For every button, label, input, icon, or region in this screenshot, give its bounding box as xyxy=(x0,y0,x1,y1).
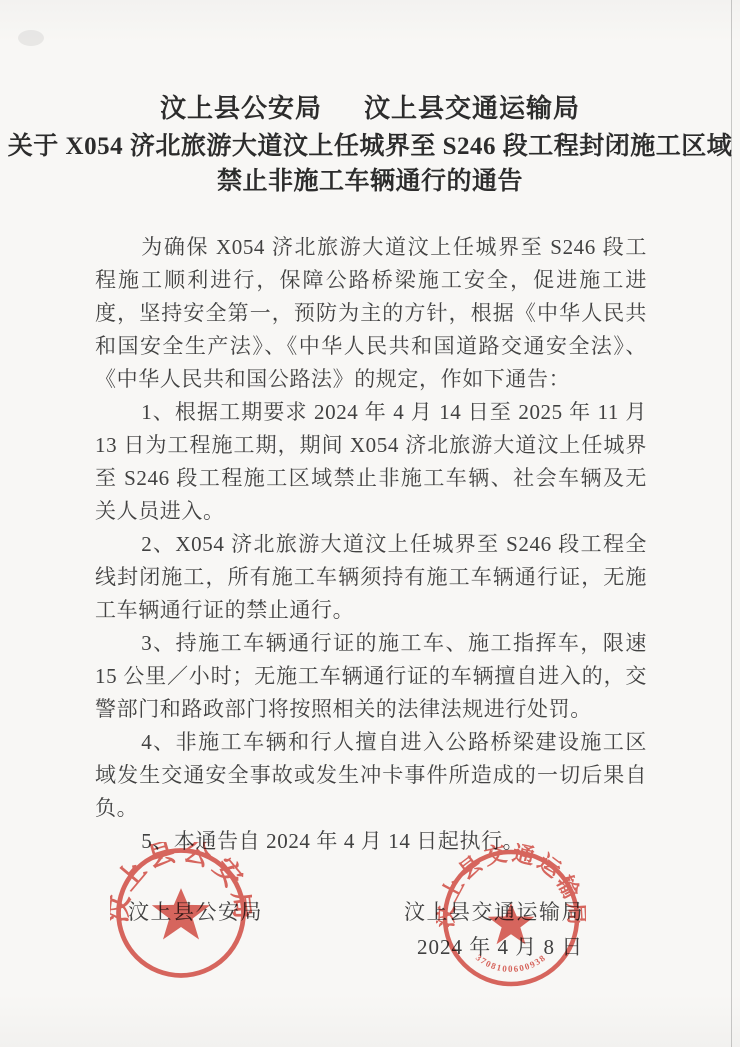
star-icon xyxy=(152,888,210,939)
notice-title-line2: 禁止非施工车辆通行的通告 xyxy=(0,164,740,199)
document-header: 汶上县公安局 汶上县交通运输局 关于 X054 济北旅游大道汶上任城界至 S24… xyxy=(0,94,740,199)
paragraph-intro: 为确保 X054 济北旅游大道汶上任城界至 S246 段工程施工顺利进行，保障公… xyxy=(95,231,647,396)
notice-body: 为确保 X054 济北旅游大道汶上任城界至 S246 段工程施工顺利进行，保障公… xyxy=(95,231,647,858)
notice-title-line1: 关于 X054 济北旅游大道汶上任城界至 S246 段工程封闭施工区域 xyxy=(0,129,740,164)
paragraph-item-3: 3、持施工车辆通行证的施工车、施工指挥车，限速 15 公里／小时；无施工车辆通行… xyxy=(95,627,647,726)
seal-code-text: 3708100600938 xyxy=(474,952,548,974)
paragraph-item-4: 4、非施工车辆和行人擅自进入公路桥梁建设施工区域发生交通安全事故或发生冲卡事件所… xyxy=(95,726,647,825)
issuer-line: 汶上县公安局 汶上县交通运输局 xyxy=(0,94,740,124)
scan-smudge xyxy=(18,30,44,46)
transport-official-seal-stamp: 汶上县交通运输局 3708100600938 xyxy=(436,843,586,993)
star-icon xyxy=(488,903,535,944)
paragraph-item-1: 1、根据工期要求 2024 年 4 月 14 日至 2025 年 11 月 13… xyxy=(95,396,647,528)
issuer-right: 汶上县交通运输局 xyxy=(364,94,580,124)
paragraph-item-2: 2、X054 济北旅游大道汶上任城界至 S246 段工程全线封闭施工，所有施工车… xyxy=(95,528,647,627)
notice-document: 汶上县公安局 汶上县交通运输局 关于 X054 济北旅游大道汶上任城界至 S24… xyxy=(0,0,740,1047)
police-official-seal-stamp: 汶上县公安局 xyxy=(110,842,252,984)
issuer-left: 汶上县公安局 xyxy=(160,94,322,124)
notice-title: 关于 X054 济北旅游大道汶上任城界至 S246 段工程封闭施工区域 禁止非施… xyxy=(0,129,740,199)
